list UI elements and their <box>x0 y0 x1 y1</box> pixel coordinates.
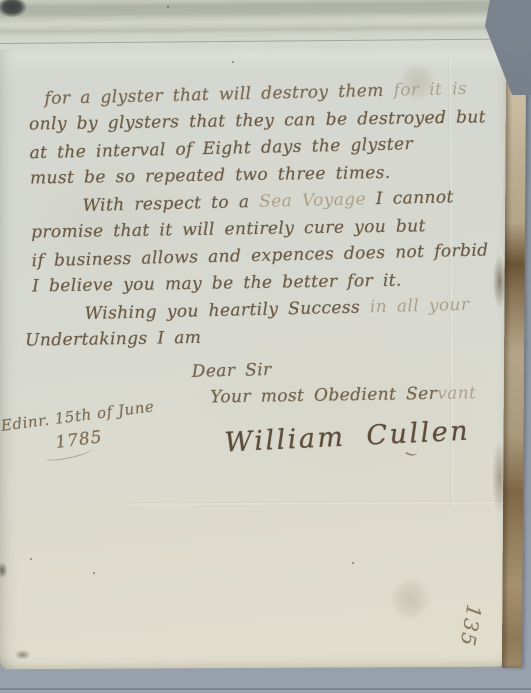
edge-stain <box>14 649 32 660</box>
photograph-backdrop: for a glyster that will destroy them for… <box>0 0 531 693</box>
ink-speck <box>440 121 442 123</box>
letter-line-text-faded: Sea Voyage <box>259 189 366 212</box>
folio-number: 135 <box>455 603 486 649</box>
dark-corner-stain <box>0 0 28 18</box>
letter-line-text-faded: for it is <box>393 79 467 101</box>
ink-speck <box>352 562 354 564</box>
letter-page: for a glyster that will destroy them for… <box>0 47 510 670</box>
signature: William Cullen <box>224 416 471 459</box>
letter-line-text: must be so repeated two three times. <box>30 163 391 189</box>
book-fore-edge <box>502 82 526 668</box>
letter-line-text: at the interval of Eight days the glyste… <box>29 134 413 163</box>
ink-speck <box>30 558 32 560</box>
letter-body: for a glyster that will destroy them for… <box>28 77 480 416</box>
dateline: Edinr. 15th of June 1785 <box>0 397 160 466</box>
backdrop-shadow-line <box>0 688 531 690</box>
valediction-text: Your most Obedient Ser <box>210 384 437 408</box>
round-stain <box>385 573 435 625</box>
letter-line-text: Wishing you heartily Success <box>84 297 370 324</box>
letter-line-text: for a glyster that will destroy them <box>44 81 393 109</box>
edge-stain <box>0 561 8 579</box>
page-edge-line <box>0 39 512 44</box>
valediction-text-faded: vant <box>437 383 476 404</box>
letter-line-text: Undertakings I am <box>25 328 201 351</box>
letter-line-text: promise that it will entirely cure you b… <box>31 216 426 242</box>
ink-speck <box>167 6 169 8</box>
ink-speck <box>232 61 234 63</box>
letter-line-text-faded: in all your <box>370 295 470 317</box>
letter-line-text: I cannot <box>366 187 454 209</box>
ink-speck <box>93 572 95 574</box>
horizontal-fold-crease <box>125 501 507 506</box>
letter-line: Undertakings I am <box>25 320 479 354</box>
letter-line-text: I believe you may be the better for it. <box>32 271 402 297</box>
letter-line-text: With respect to a <box>82 192 259 216</box>
letter-valediction: Your most Obedient Servant <box>210 380 480 411</box>
